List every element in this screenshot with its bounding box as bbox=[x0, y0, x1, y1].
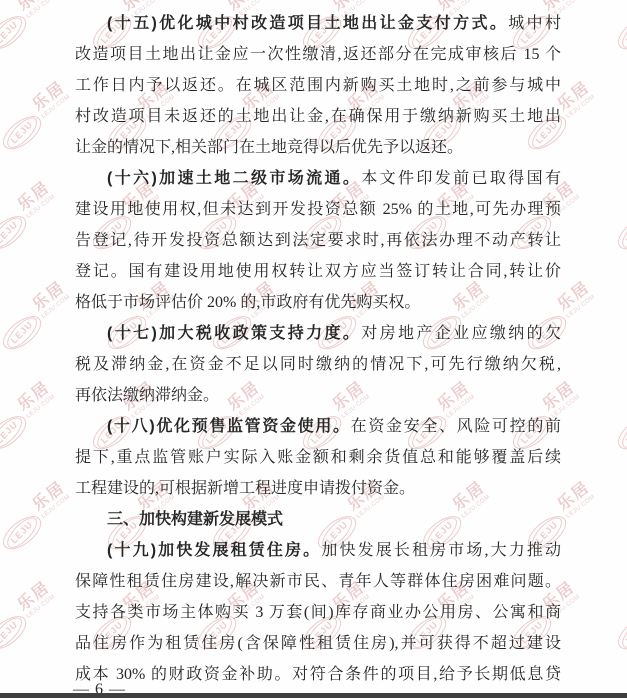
leju-watermark: LEJU 乐居 LEJU.COM bbox=[607, 0, 627, 56]
clause-lead-rest: 城中村 bbox=[508, 15, 561, 32]
leju-logo-text: LEJU bbox=[2, 313, 41, 353]
paragraph-line: 改造项目土地出让金应一次性缴清,返还部分在完成审核后 15 个 bbox=[75, 39, 561, 70]
watermark-brand-domain: LEJU.COM bbox=[41, 493, 73, 520]
clause-lead-rest: 对房地产企业应缴纳的欠 bbox=[361, 325, 561, 342]
leju-logo-text: LEJU bbox=[617, 213, 627, 253]
leju-watermark: LEJU 乐居 LEJU.COM bbox=[607, 179, 627, 255]
watermark-brand-cn: 乐居 bbox=[30, 79, 68, 114]
paragraph-line: 格低于市场评估价 20% 的,市政府有优先购买权。 bbox=[75, 287, 561, 318]
leju-logo-text: LEJU bbox=[0, 613, 27, 653]
watermark-brand-cn: 乐居 bbox=[15, 579, 53, 614]
leju-watermark: LEJU 乐居 LEJU.COM bbox=[0, 579, 63, 655]
watermark-brand-domain: LEJU.COM bbox=[566, 493, 598, 520]
paragraph-line: 支持各类市场主体购买 3 万套(间)库存商业办公用房、公寓和商 bbox=[75, 597, 561, 628]
leju-watermark: LEJU 乐居 LEJU.COM bbox=[607, 579, 627, 655]
paragraph-line: 让金的情况下,相关部门在土地竞得以后优先予以返还。 bbox=[75, 132, 561, 163]
leju-watermark: LEJU 乐居 LEJU.COM bbox=[622, 479, 627, 555]
leju-logo-text: LEJU bbox=[2, 513, 41, 553]
leju-logo-ring: LEJU bbox=[0, 310, 47, 356]
clause-lead-rest: 在资金安全、风险可控的前 bbox=[351, 418, 561, 435]
clause-lead-bold: (十八)优化预售监管资金使用。 bbox=[107, 418, 351, 435]
clause-lead-bold: (十六)加速土地二级市场流通。 bbox=[107, 170, 361, 187]
paragraph-line: 成本 30% 的财政资金补助。对符合条件的项目,给予长期低息贷 bbox=[75, 659, 561, 690]
paragraph-line: 保障性租赁住房建设,解决新市民、青年人等群体住房困难问题。 bbox=[75, 566, 561, 597]
paragraph-line: (十九)加快发展租赁住房。加快发展长租房市场,大力推动 bbox=[75, 535, 561, 566]
watermark-brand: 乐居 LEJU.COM bbox=[555, 479, 598, 519]
leju-logo-ring: LEJU bbox=[0, 410, 32, 456]
leju-watermark: LEJU 乐居 LEJU.COM bbox=[0, 79, 78, 155]
watermark-brand-domain: LEJU.COM bbox=[566, 93, 598, 120]
watermark-brand: 乐居 LEJU.COM bbox=[15, 179, 58, 219]
paragraph-line: 品住房作为租赁住房(含保障性租赁住房),并可获得不超过建设 bbox=[75, 628, 561, 659]
paragraph-line: (十六)加速土地二级市场流通。本文件印发前已取得国有 bbox=[75, 163, 561, 194]
leju-logo-ring: LEJU bbox=[0, 110, 47, 156]
watermark-brand-cn: 乐居 bbox=[30, 279, 68, 314]
clause-lead-rest: 本文件印发前已取得国有 bbox=[361, 170, 561, 187]
paragraph-clause-17: (十七)加大税收政策支持力度。对房地产企业应缴纳的欠 税及滞纳金,在资金不足以同… bbox=[75, 318, 561, 411]
leju-logo-text: LEJU bbox=[0, 13, 27, 53]
leju-watermark: LEJU 乐居 LEJU.COM bbox=[622, 79, 627, 155]
paragraph-line: 建设用地使用权,但未达到开发投资总额 25% 的土地,可先办理预 bbox=[75, 194, 561, 225]
watermark-brand-cn: 乐居 bbox=[15, 379, 53, 414]
leju-logo-text: LEJU bbox=[617, 413, 627, 453]
leju-watermark: LEJU 乐居 LEJU.COM bbox=[0, 379, 63, 455]
leju-logo-ring: LEJU bbox=[612, 610, 627, 656]
leju-watermark: LEJU 乐居 LEJU.COM bbox=[0, 0, 63, 56]
leju-logo-text: LEJU bbox=[0, 413, 27, 453]
watermark-brand-domain: LEJU.COM bbox=[41, 93, 73, 120]
watermark-brand: 乐居 LEJU.COM bbox=[555, 79, 598, 119]
leju-logo-text: LEJU bbox=[2, 113, 41, 153]
leju-logo-ring: LEJU bbox=[0, 210, 32, 256]
watermark-brand: 乐居 LEJU.COM bbox=[15, 379, 58, 419]
watermark-brand-domain: LEJU.COM bbox=[26, 193, 58, 220]
leju-watermark: LEJU 乐居 LEJU.COM bbox=[0, 479, 78, 555]
leju-logo-ring: LEJU bbox=[612, 210, 627, 256]
watermark-brand: 乐居 LEJU.COM bbox=[555, 279, 598, 319]
watermark-brand-cn: 乐居 bbox=[15, 179, 53, 214]
watermark-brand-cn: 乐居 bbox=[15, 0, 53, 14]
clause-lead-bold: (十九)加快发展租赁住房。 bbox=[107, 542, 321, 559]
bottom-bar bbox=[0, 693, 627, 698]
watermark-brand-domain: LEJU.COM bbox=[26, 393, 58, 420]
leju-watermark: LEJU 乐居 LEJU.COM bbox=[607, 379, 627, 455]
clause-lead-bold: (十七)加大税收政策支持力度。 bbox=[107, 325, 361, 342]
leju-logo-text: LEJU bbox=[0, 213, 27, 253]
leju-logo-ring: LEJU bbox=[612, 10, 627, 56]
paragraph-line: 税及滞纳金,在资金不足以同时缴纳的情况下,可先行缴纳欠税, bbox=[75, 349, 561, 380]
paragraph-line: 提下,重点监管账户实际入账金额和剩余货值总和能够覆盖后续 bbox=[75, 442, 561, 473]
paragraph-line: 登记。国有建设用地使用权转让双方应当签订转让合同,转让价 bbox=[75, 256, 561, 287]
watermark-brand: 乐居 LEJU.COM bbox=[30, 479, 73, 519]
paragraph-clause-15: (十五)优化城中村改造项目土地出让金支付方式。城中村 改造项目土地出让金应一次性… bbox=[75, 8, 561, 163]
document-body: (十五)优化城中村改造项目土地出让金支付方式。城中村 改造项目土地出让金应一次性… bbox=[75, 8, 561, 690]
clause-lead-rest: 加快发展长租房市场,大力推动 bbox=[321, 542, 561, 559]
paragraph-line: 告登记,待开发投资总额达到法定要求时,再依法办理不动产转让 bbox=[75, 225, 561, 256]
leju-watermark: LEJU 乐居 LEJU.COM bbox=[622, 279, 627, 355]
paragraph-line: 村改造项目未返还的土地出让金,在确保用于缴纳新购买土地出 bbox=[75, 101, 561, 132]
paragraph-line: 再依法缴纳滞纳金。 bbox=[75, 380, 561, 411]
leju-logo-ring: LEJU bbox=[0, 610, 32, 656]
watermark-brand-domain: LEJU.COM bbox=[566, 293, 598, 320]
watermark-brand-domain: LEJU.COM bbox=[41, 293, 73, 320]
clause-lead-bold: (十五)优化城中村改造项目土地出让金支付方式。 bbox=[107, 15, 508, 32]
watermark-brand-domain: LEJU.COM bbox=[26, 0, 58, 20]
paragraph-line: (十七)加大税收政策支持力度。对房地产企业应缴纳的欠 bbox=[75, 318, 561, 349]
leju-logo-ring: LEJU bbox=[0, 10, 32, 56]
watermark-brand: 乐居 LEJU.COM bbox=[15, 579, 58, 619]
paragraph-line: (十五)优化城中村改造项目土地出让金支付方式。城中村 bbox=[75, 8, 561, 39]
paragraph-clause-19: (十九)加快发展租赁住房。加快发展长租房市场,大力推动 保障性租赁住房建设,解决… bbox=[75, 535, 561, 690]
paragraph-line: 工作日内予以返还。在城区范围内新购买土地时,之前参与城中 bbox=[75, 70, 561, 101]
paragraph-line: 工程建设的,可根据新增工程进度申请拨付资金。 bbox=[75, 473, 561, 504]
leju-watermark: LEJU 乐居 LEJU.COM bbox=[0, 179, 63, 255]
leju-logo-text: LEJU bbox=[617, 13, 627, 53]
paragraph-clause-18: (十八)优化预售监管资金使用。在资金安全、风险可控的前 提下,重点监管账户实际入… bbox=[75, 411, 561, 504]
watermark-brand-domain: LEJU.COM bbox=[26, 593, 58, 620]
watermark-brand: 乐居 LEJU.COM bbox=[30, 279, 73, 319]
paragraph-line: (十八)优化预售监管资金使用。在资金安全、风险可控的前 bbox=[75, 411, 561, 442]
scanned-document-page: LEJU 乐居 LEJU.COM LEJU 乐居 LEJU.COM LEJU 乐… bbox=[0, 0, 627, 698]
watermark-brand-cn: 乐居 bbox=[30, 479, 68, 514]
paragraph-clause-16: (十六)加速土地二级市场流通。本文件印发前已取得国有 建设用地使用权,但未达到开… bbox=[75, 163, 561, 318]
leju-logo-ring: LEJU bbox=[612, 410, 627, 456]
leju-logo-ring: LEJU bbox=[0, 510, 47, 556]
watermark-brand: 乐居 LEJU.COM bbox=[30, 79, 73, 119]
leju-watermark: LEJU 乐居 LEJU.COM bbox=[0, 279, 78, 355]
leju-logo-text: LEJU bbox=[617, 613, 627, 653]
section-heading: 三、加快构建新发展模式 bbox=[75, 504, 561, 535]
watermark-brand: 乐居 LEJU.COM bbox=[15, 0, 58, 20]
